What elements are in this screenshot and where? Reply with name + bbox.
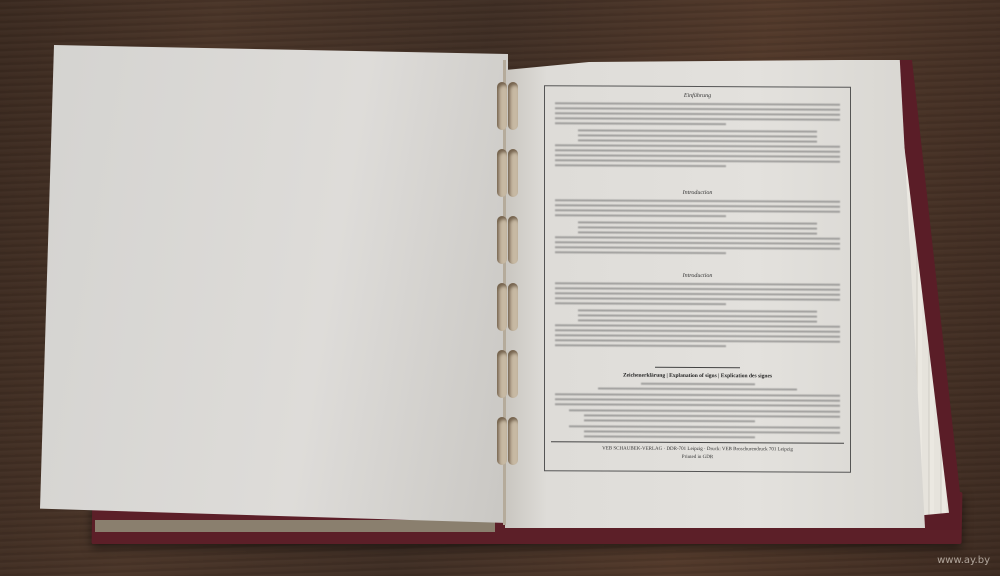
binder-slot bbox=[497, 350, 507, 398]
text-line bbox=[584, 435, 755, 438]
text-line bbox=[578, 221, 817, 224]
left-page bbox=[40, 45, 508, 523]
text-line bbox=[555, 403, 840, 406]
text-line bbox=[555, 112, 840, 115]
text-line bbox=[555, 302, 726, 305]
printed-line: Printed in GDR bbox=[545, 454, 850, 461]
left-cover-edge bbox=[95, 520, 495, 532]
text-line bbox=[555, 164, 726, 167]
binder-slot bbox=[497, 82, 507, 130]
text-line bbox=[555, 204, 840, 207]
text-line bbox=[555, 214, 726, 217]
text-line bbox=[555, 241, 840, 244]
section-title-french: Introduction bbox=[545, 272, 850, 280]
footer-rule bbox=[551, 441, 844, 444]
text-line bbox=[584, 419, 755, 422]
binder-slot bbox=[497, 417, 507, 465]
binder-slot bbox=[497, 216, 507, 264]
text-line bbox=[555, 398, 840, 401]
text-line bbox=[555, 107, 840, 110]
section-divider bbox=[655, 367, 740, 368]
text-line bbox=[569, 409, 840, 412]
text-line bbox=[641, 383, 755, 386]
english-text-block bbox=[555, 199, 840, 200]
text-line bbox=[555, 287, 840, 290]
french-text-block bbox=[555, 282, 840, 283]
text-line bbox=[584, 430, 841, 433]
text-line bbox=[555, 117, 840, 120]
watermark: www.ay.by bbox=[937, 555, 990, 566]
text-line bbox=[598, 387, 798, 390]
text-line bbox=[555, 236, 840, 239]
text-line bbox=[555, 246, 840, 249]
text-line bbox=[555, 159, 840, 162]
text-line bbox=[555, 122, 726, 125]
text-line bbox=[555, 292, 840, 295]
intro-frame: Einführung Introduction Introduction Zei… bbox=[544, 85, 851, 473]
text-line bbox=[578, 309, 817, 312]
text-line bbox=[555, 393, 840, 396]
text-line bbox=[555, 209, 840, 212]
publisher-line: VEB SCHAUBEK-VERLAG · DDR-701 Leipzig · … bbox=[545, 446, 850, 453]
text-line bbox=[578, 139, 817, 142]
binder-slot bbox=[497, 149, 507, 197]
text-line bbox=[555, 329, 840, 332]
text-line bbox=[578, 314, 817, 317]
text-line bbox=[555, 334, 840, 337]
text-line bbox=[584, 414, 841, 417]
section-title-english: Introduction bbox=[545, 189, 850, 197]
binder-slot bbox=[508, 350, 518, 398]
text-line bbox=[578, 129, 817, 132]
binder-slot bbox=[497, 283, 507, 331]
text-line bbox=[555, 339, 840, 342]
binder-slot bbox=[508, 216, 518, 264]
text-line bbox=[555, 344, 726, 347]
binder-slot bbox=[508, 283, 518, 331]
text-line bbox=[578, 319, 817, 322]
text-line bbox=[555, 154, 840, 157]
text-line bbox=[555, 282, 840, 285]
binder-slot bbox=[508, 417, 518, 465]
text-line bbox=[569, 425, 840, 428]
text-line bbox=[578, 134, 817, 137]
legend-block bbox=[555, 382, 840, 383]
text-line bbox=[555, 102, 840, 105]
binder-slot bbox=[508, 82, 518, 130]
text-line bbox=[578, 226, 817, 229]
text-line bbox=[555, 144, 840, 147]
text-line bbox=[578, 231, 817, 234]
text-line bbox=[555, 324, 840, 327]
german-text-block bbox=[555, 102, 840, 103]
text-line bbox=[555, 297, 840, 300]
legend-title: Zeichenerklärung | Explanation of signs … bbox=[545, 372, 850, 380]
text-line bbox=[555, 149, 840, 152]
binder-slot bbox=[508, 149, 518, 197]
section-title-german: Einführung bbox=[545, 92, 850, 100]
text-line bbox=[555, 251, 726, 254]
text-line bbox=[555, 199, 840, 202]
